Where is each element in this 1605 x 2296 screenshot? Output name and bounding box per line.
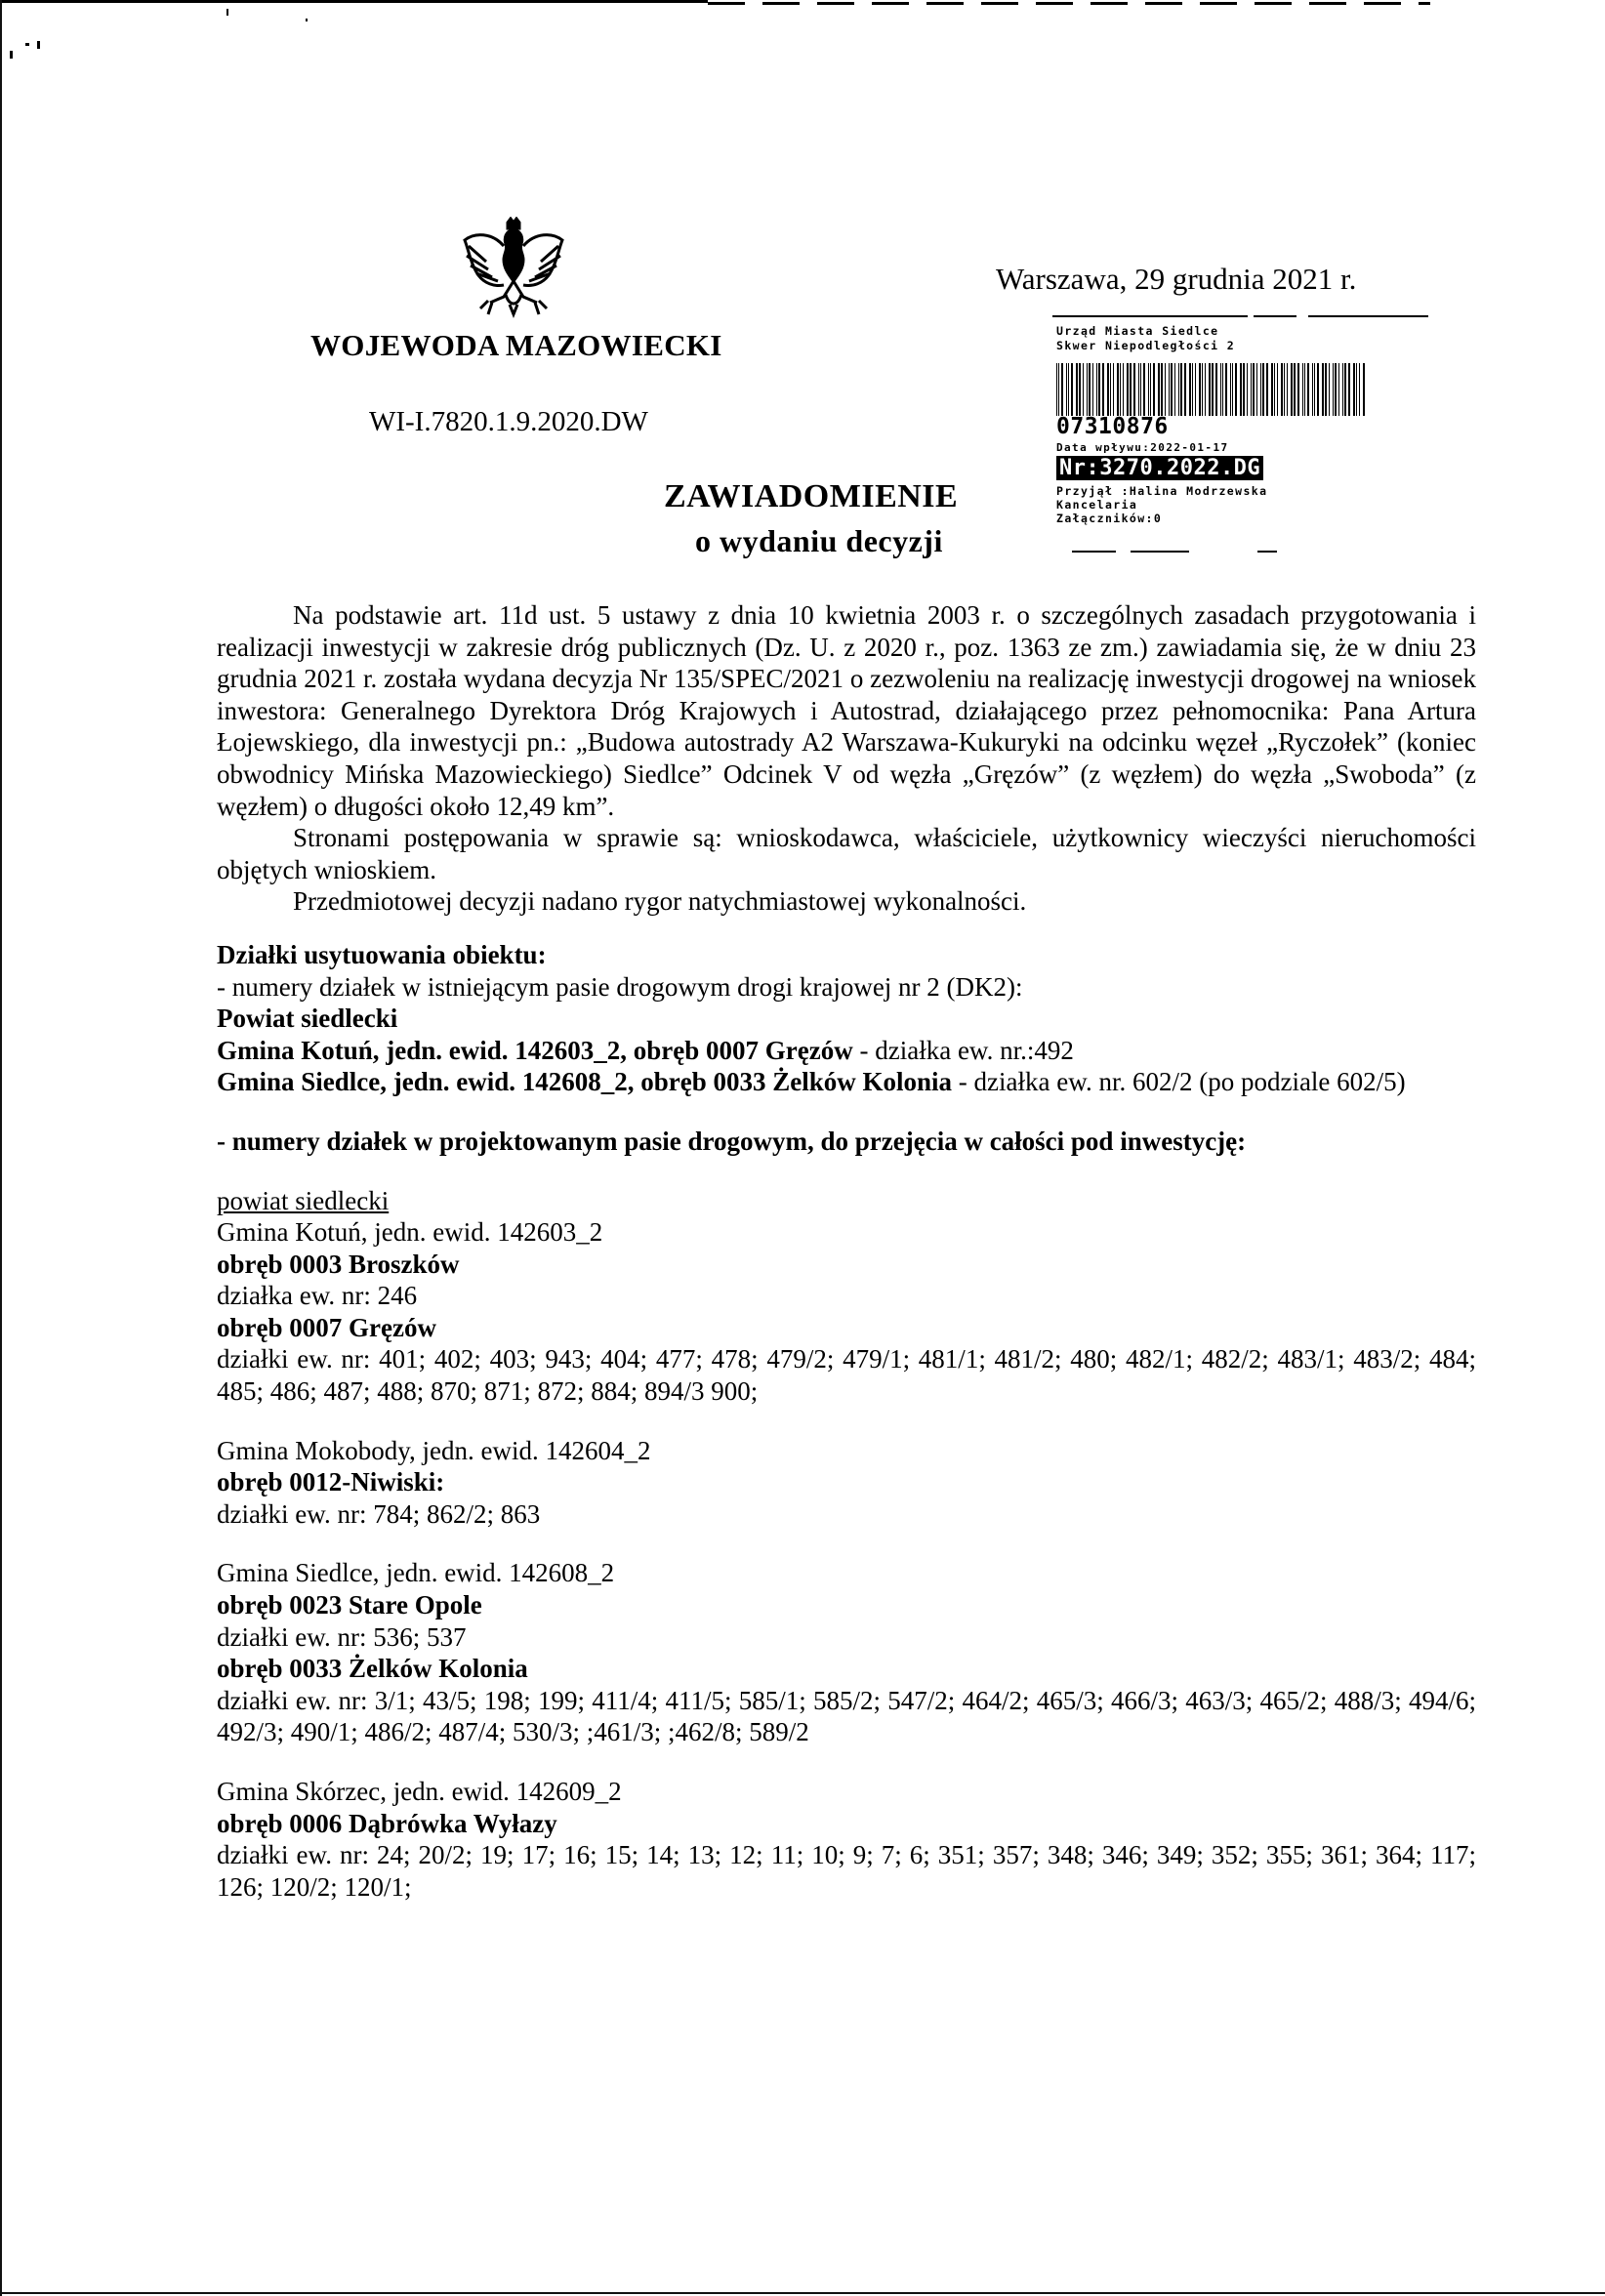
stamp-border-line — [1052, 315, 1428, 317]
stamp-received-by: Przyjął :Halina Modrzewska — [1056, 484, 1267, 498]
parcel-list: działki ew. nr: 401; 402; 403; 943; 404;… — [217, 1343, 1476, 1407]
paragraph-enforceability: Przedmiotowej decyzji nadano rygor natyc… — [217, 885, 1476, 918]
existing-plot-kotun-location: Gmina Kotuń, jedn. ewid. 142603_2, obręb… — [217, 1036, 853, 1065]
issuing-authority: WOJEWODA MAZOWIECKI — [310, 328, 722, 363]
precinct-name: obręb 0033 Żelków Kolonia — [217, 1653, 1476, 1685]
projected-road-intro: - numery działek w projektowanym pasie d… — [217, 1126, 1476, 1158]
commune-block: Gmina Kotuń, jedn. ewid. 142603_2 obręb … — [217, 1216, 1476, 1408]
existing-plot-siedlce: Gmina Siedlce, jedn. ewid. 142608_2, obr… — [217, 1066, 1476, 1098]
existing-county: Powiat siedlecki — [217, 1003, 1476, 1035]
stamp-registry-number: Nr:3270.2022.DG — [1056, 456, 1263, 480]
parcel-list: działki ew. nr: 784; 862/2; 863 — [217, 1498, 1476, 1531]
parcel-list: działki ew. nr: 24; 20/2; 19; 17; 16; 15… — [217, 1839, 1476, 1903]
precinct-name: obręb 0023 Stare Opole — [217, 1589, 1476, 1621]
commune-name: Gmina Kotuń, jedn. ewid. 142603_2 — [217, 1216, 1476, 1249]
scan-edge-top — [0, 0, 708, 3]
existing-plot-siedlce-number: - działka ew. nr. 602/2 (po podziale 602… — [952, 1067, 1406, 1096]
projected-county: powiat siedlecki — [217, 1185, 1476, 1217]
case-reference-number: WI-I.7820.1.9.2020.DW — [369, 406, 648, 438]
paragraph-legal-basis: Na podstawie art. 11d ust. 5 ustawy z dn… — [217, 599, 1476, 822]
parcel-list: działka ew. nr: 246 — [217, 1280, 1476, 1312]
commune-name: Gmina Siedlce, jedn. ewid. 142608_2 — [217, 1557, 1476, 1589]
commune-block: Gmina Mokobody, jedn. ewid. 142604_2 obr… — [217, 1435, 1476, 1531]
stamp-department: Kancelaria — [1056, 498, 1137, 512]
scan-speck — [37, 41, 40, 49]
parcel-list: działki ew. nr: 536; 537 — [217, 1621, 1476, 1654]
precinct-name: obręb 0007 Gręzów — [217, 1312, 1476, 1344]
scan-edge-top-dashed — [708, 2, 1430, 5]
parcel-list: działki ew. nr: 3/1; 43/5; 198; 199; 411… — [217, 1685, 1476, 1748]
stamp-office-name: Urząd Miasta Siedlce — [1056, 324, 1218, 338]
document-page: WOJEWODA MAZOWIECKI WI-I.7820.1.9.2020.D… — [0, 0, 1605, 2296]
precinct-name: obręb 0003 Broszków — [217, 1249, 1476, 1281]
document-body: Na podstawie art. 11d ust. 5 ustawy z dn… — [217, 599, 1476, 1903]
stamp-attachments: Załączników:0 — [1056, 512, 1162, 525]
existing-road-intro: - numery działek w istniejącym pasie dro… — [217, 971, 1476, 1004]
scan-speck — [10, 51, 13, 59]
scan-edge-bottom — [0, 2292, 1605, 2294]
commune-name: Gmina Skórzec, jedn. ewid. 142609_2 — [217, 1776, 1476, 1808]
precinct-name: obręb 0006 Dąbrówka Wyłazy — [217, 1808, 1476, 1840]
precinct-name: obręb 0012-Niwiski: — [217, 1466, 1476, 1498]
registry-stamp: Urząd Miasta Siedlce Skwer Niepodległośc… — [1045, 310, 1435, 564]
document-title: ZAWIADOMIENIE — [664, 478, 958, 515]
paragraph-parties: Stronami postępowania w sprawie są: wnio… — [217, 822, 1476, 885]
scan-speck — [226, 9, 228, 16]
stamp-office-address: Skwer Niepodległości 2 — [1056, 339, 1235, 352]
commune-name: Gmina Mokobody, jedn. ewid. 142604_2 — [217, 1435, 1476, 1467]
existing-plot-siedlce-location: Gmina Siedlce, jedn. ewid. 142608_2, obr… — [217, 1067, 952, 1096]
document-subtitle: o wydaniu decyzji — [695, 523, 943, 559]
barcode-icon — [1056, 363, 1367, 416]
place-and-date: Warszawa, 29 grudnia 2021 r. — [996, 262, 1356, 297]
stamp-barcode-number: 07310876 — [1056, 414, 1169, 439]
commune-block: Gmina Skórzec, jedn. ewid. 142609_2 obrę… — [217, 1776, 1476, 1903]
stamp-border-line — [1072, 551, 1277, 553]
existing-plot-kotun: Gmina Kotuń, jedn. ewid. 142603_2, obręb… — [217, 1035, 1476, 1067]
scan-speck — [306, 19, 308, 21]
existing-plot-kotun-number: - działka ew. nr.:492 — [853, 1036, 1074, 1065]
scan-edge-left — [0, 0, 2, 2296]
stamp-received-date: Data wpływu:2022-01-17 — [1056, 441, 1229, 454]
scan-speck — [25, 43, 29, 46]
plots-heading: Działki usytuowania obiektu: — [217, 939, 1476, 971]
commune-block: Gmina Siedlce, jedn. ewid. 142608_2 obrę… — [217, 1557, 1476, 1748]
eagle-emblem-icon — [459, 217, 568, 324]
